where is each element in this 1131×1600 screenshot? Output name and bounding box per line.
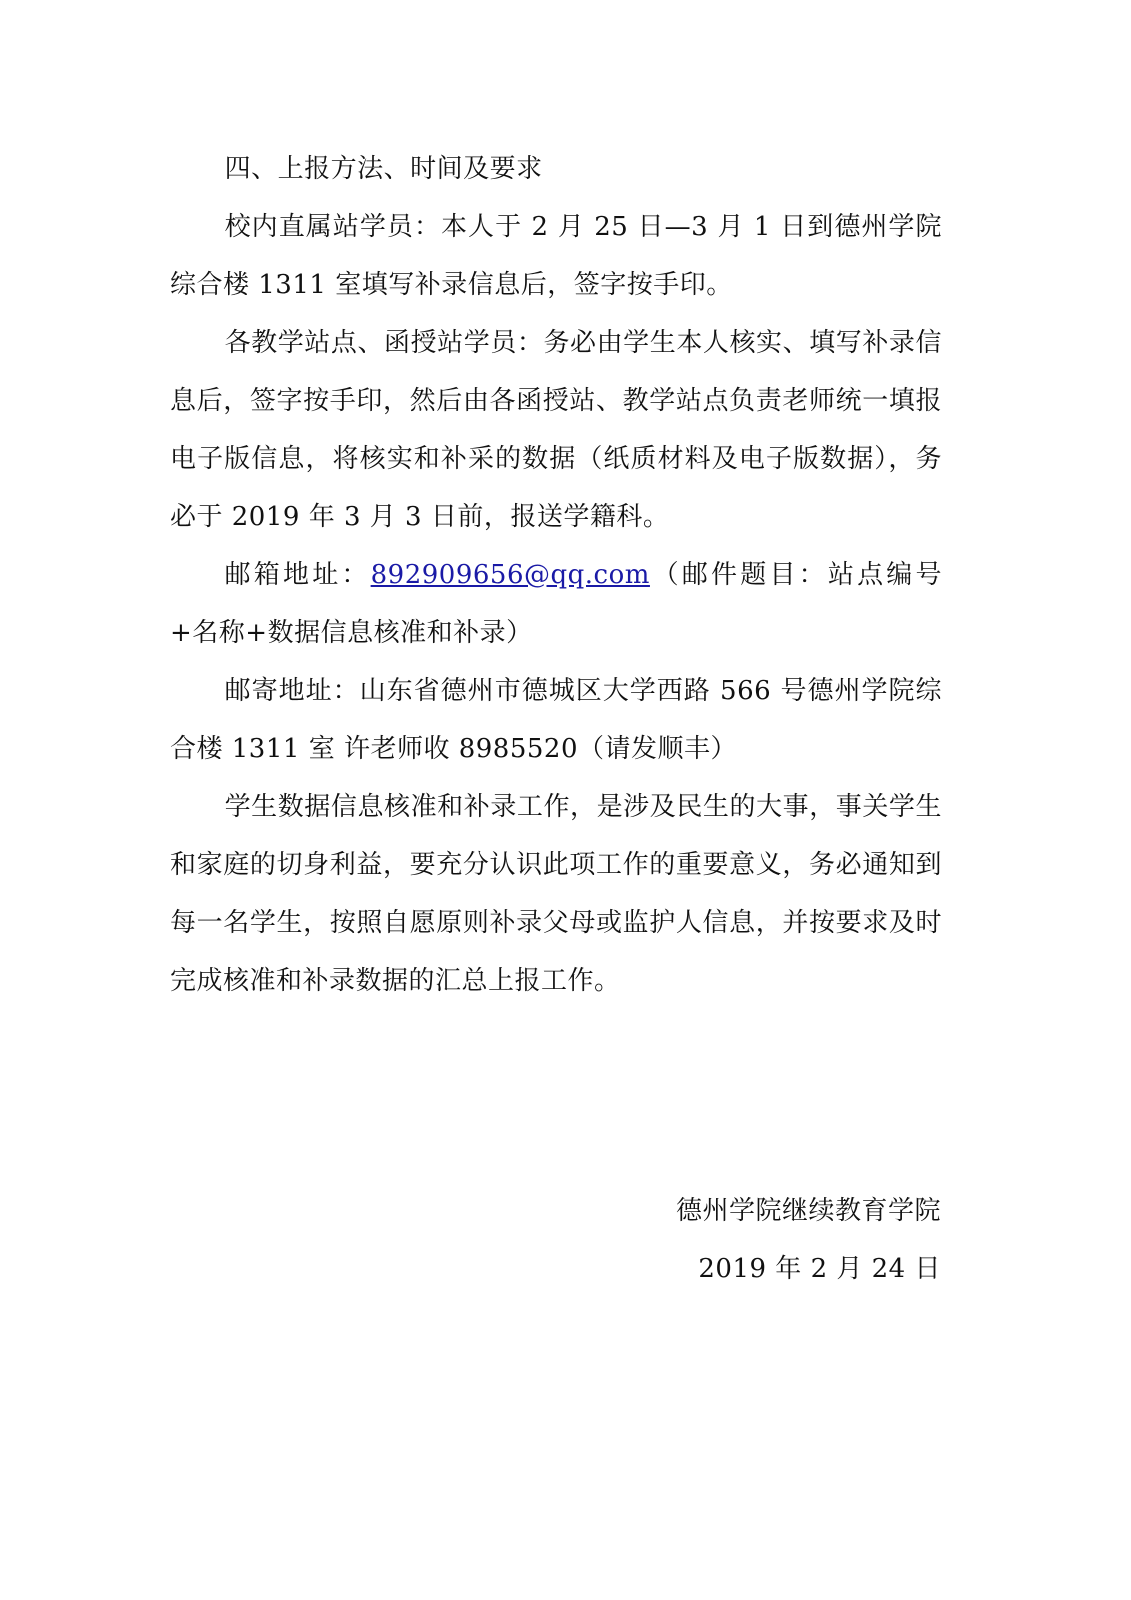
signature-block: 德州学院继续教育学院 2019 年 2 月 24 日 <box>676 1182 941 1298</box>
paragraph-direct-station: 校内直属站学员：本人于 2 月 25 日—3 月 1 日到德州学院综合楼 131… <box>170 198 942 314</box>
paragraph-mail-address: 邮寄地址：山东省德州市德城区大学西路 566 号德州学院综合楼 1311 室 许… <box>170 662 942 778</box>
paragraph-teaching-stations: 各教学站点、函授站学员：务必由学生本人核实、填写补录信息后，签字按手印，然后由各… <box>170 314 942 546</box>
section-heading: 四、上报方法、时间及要求 <box>170 140 942 198</box>
signature-date: 2019 年 2 月 24 日 <box>676 1240 941 1298</box>
email-link[interactable]: 892909656@qq.com <box>371 560 650 590</box>
paragraph-email: 邮箱地址：892909656@qq.com（邮件题目：站点编号+名称+数据信息核… <box>170 546 942 662</box>
document-body: 四、上报方法、时间及要求 校内直属站学员：本人于 2 月 25 日—3 月 1 … <box>170 140 942 1010</box>
signature-organization: 德州学院继续教育学院 <box>676 1182 941 1240</box>
email-label: 邮箱地址： <box>225 560 371 590</box>
paragraph-closing: 学生数据信息核准和补录工作，是涉及民生的大事，事关学生和家庭的切身利益，要充分认… <box>170 778 942 1010</box>
